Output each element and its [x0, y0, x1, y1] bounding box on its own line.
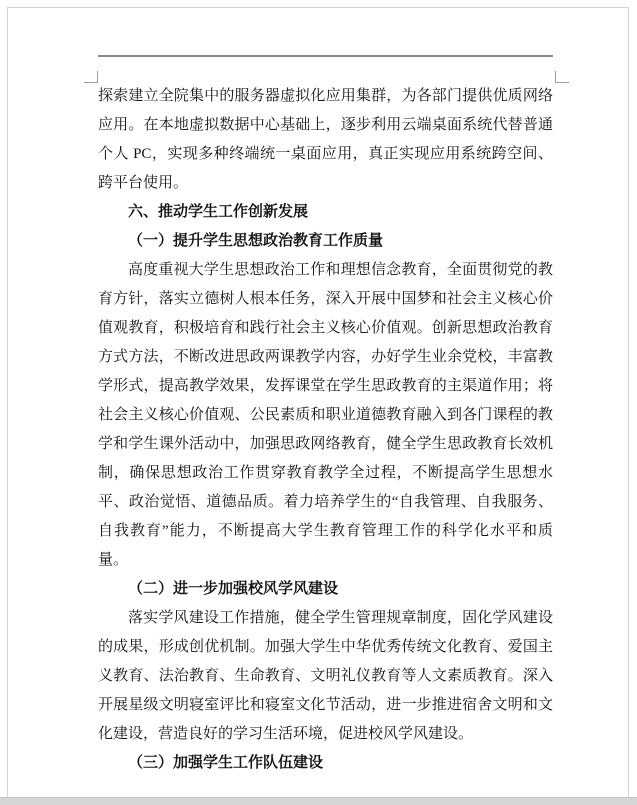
section-heading: 六、推动学生工作创新发展 — [98, 198, 553, 227]
subsection-heading: （一）提升学生思想政治教育工作质量 — [98, 227, 553, 256]
window-bottom-bar — [0, 797, 637, 805]
subsection-heading: （二）进一步加强校风学风建设 — [98, 575, 553, 604]
document-viewport: 探索建立全院集中的服务器虚拟化应用集群，为各部门提供优质网络应用。在本地虚拟数据… — [0, 0, 637, 805]
margin-crop-mark-top-left — [84, 71, 98, 83]
header-divider-line — [98, 55, 553, 57]
body-paragraph: 落实学风建设工作措施，健全学生管理规章制度，固化学风建设的成果，形成创优机制。加… — [98, 604, 553, 749]
body-paragraph: 高度重视大学生思想政治工作和理想信念教育，全面贯彻党的教育方针，落实立德树人根本… — [98, 256, 553, 575]
page-text-area[interactable]: 探索建立全院集中的服务器虚拟化应用集群，为各部门提供优质网络应用。在本地虚拟数据… — [98, 82, 553, 778]
body-paragraph: 探索建立全院集中的服务器虚拟化应用集群，为各部门提供优质网络应用。在本地虚拟数据… — [98, 82, 553, 198]
margin-crop-mark-top-right — [555, 71, 569, 83]
subsection-heading: （三）加强学生工作队伍建设 — [98, 749, 553, 778]
document-page[interactable]: 探索建立全院集中的服务器虚拟化应用集群，为各部门提供优质网络应用。在本地虚拟数据… — [7, 7, 629, 805]
